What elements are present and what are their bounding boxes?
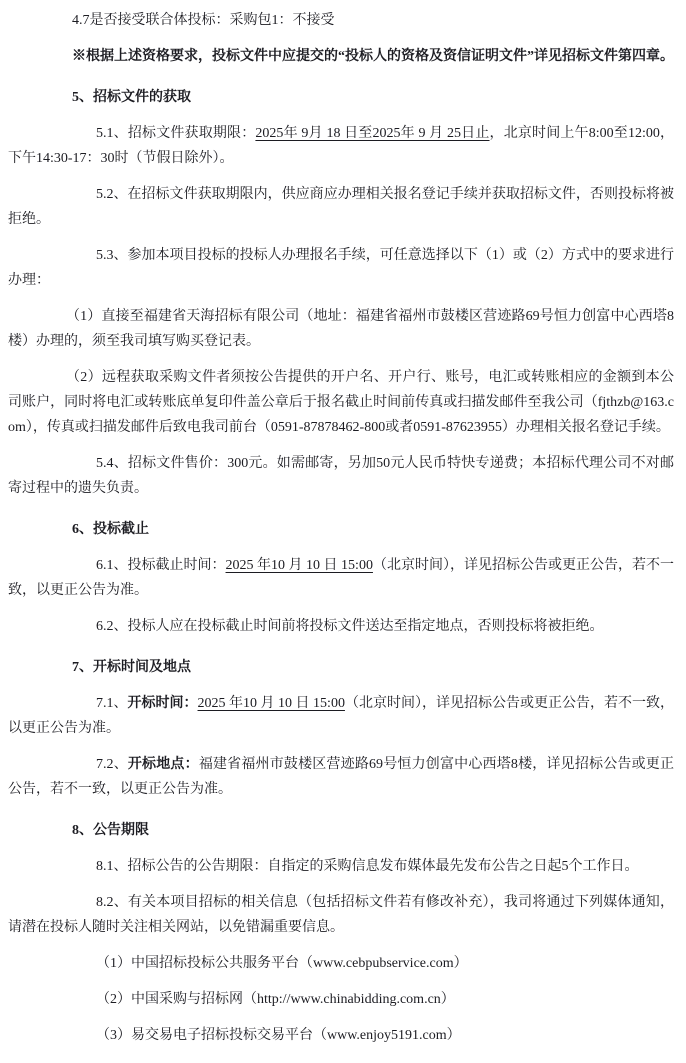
document-page: 4.7是否接受联合体投标：采购包1：不接受 ※根据上述资格要求，投标文件中应提交… — [0, 0, 686, 1063]
para-5-3-method-2: （2）远程获取采购文件者须按公告提供的开户名、开户行、账号，电汇或转账相应的金额… — [8, 365, 674, 440]
para-5-3-signup-methods: 5.3、参加本项目投标的投标人办理报名手续，可任意选择以下（1）或（2）方式中的… — [8, 243, 674, 293]
underlined-deadline-date: 2025 年10 月 10 日 15:00 — [226, 558, 373, 573]
para-5-1-obtain-period: 5.1、招标文件获取期限：2025年 9月 18 日至2025年 9 月 25日… — [8, 121, 674, 171]
bold-label-opening-place: 开标地点： — [128, 757, 199, 772]
text-run: 5.4、招标文件售价：300元。如需邮寄，另加50元人民币特快专递费；本招标代理… — [8, 456, 674, 496]
heading-6-bid-deadline: 6、投标截止 — [8, 517, 674, 542]
text-run: 6.1、投标截止时间： — [96, 558, 226, 573]
bold-label-opening-time: 开标时间： — [128, 696, 198, 711]
heading-text: 7、开标时间及地点 — [72, 660, 191, 675]
text-run: 5.1、招标文件获取期限： — [96, 126, 255, 141]
text-run: 7.1、 — [96, 696, 128, 711]
heading-8-announcement-period: 8、公告期限 — [8, 818, 674, 843]
heading-text: 8、公告期限 — [72, 823, 149, 838]
text-run: 5.3、参加本项目投标的投标人办理报名手续，可任意选择以下（1）或（2）方式中的… — [8, 248, 674, 288]
text-run: 8.2、有关本项目招标的相关信息（包括招标文件若有修改补充），我司将通过下列媒体… — [8, 895, 674, 935]
para-4-7-consortium: 4.7是否接受联合体投标：采购包1：不接受 — [8, 8, 674, 33]
para-5-2-registration: 5.2、在招标文件获取期限内，供应商应办理相关报名登记手续并获取招标文件，否则投… — [8, 182, 674, 232]
text-run: （2）远程获取采购文件者须按公告提供的开户名、开户行、账号，电汇或转账相应的金额… — [8, 370, 674, 435]
text-run: （1）直接至福建省天海招标有限公司（地址：福建省福州市鼓楼区营迹路69号恒力创富… — [8, 309, 674, 349]
para-8-2-media-notice: 8.2、有关本项目招标的相关信息（包括招标文件若有修改补充），我司将通过下列媒体… — [8, 890, 674, 940]
para-7-2-opening-place: 7.2、开标地点：福建省福州市鼓楼区营迹路69号恒力创富中心西塔8楼，详见招标公… — [8, 752, 674, 802]
para-6-1-deadline-time: 6.1、投标截止时间：2025 年10 月 10 日 15:00（北京时间），详… — [8, 553, 674, 603]
text-run: 4.7是否接受联合体投标：采购包1：不接受 — [72, 13, 335, 28]
media-item-3: （3）易交易电子招标投标交易平台（www.enjoy5191.com） — [8, 1023, 674, 1048]
heading-text: 5、招标文件的获取 — [72, 90, 191, 105]
note-qualification: ※根据上述资格要求，投标文件中应提交的“投标人的资格及资信证明文件”详见招标文件… — [8, 44, 674, 69]
media-item-2: （2）中国采购与招标网（http://www.chinabidding.com.… — [8, 987, 674, 1012]
text-run: （2）中国采购与招标网（http://www.chinabidding.com.… — [96, 992, 455, 1007]
text-run: （1）中国招标投标公共服务平台（www.cebpubservice.com） — [96, 956, 468, 971]
para-5-4-document-price: 5.4、招标文件售价：300元。如需邮寄，另加50元人民币特快专递费；本招标代理… — [8, 451, 674, 501]
text-run: ※根据上述资格要求，投标文件中应提交的“投标人的资格及资信证明文件”详见招标文件… — [72, 49, 674, 64]
heading-text: 6、投标截止 — [72, 522, 149, 537]
text-run: 7.2、 — [96, 757, 128, 772]
underlined-opening-date: 2025 年10 月 10 日 15:00 — [198, 696, 345, 711]
heading-5-document-obtain: 5、招标文件的获取 — [8, 85, 674, 110]
para-6-2-delivery: 6.2、投标人应在投标截止时间前将投标文件送达至指定地点，否则投标将被拒绝。 — [8, 614, 674, 639]
para-7-1-opening-time: 7.1、开标时间：2025 年10 月 10 日 15:00（北京时间），详见招… — [8, 691, 674, 741]
text-run: （3）易交易电子招标投标交易平台（www.enjoy5191.com） — [96, 1028, 461, 1043]
text-run: 6.2、投标人应在投标截止时间前将投标文件送达至指定地点，否则投标将被拒绝。 — [96, 619, 604, 634]
underlined-date-range: 2025年 9月 18 日至2025年 9 月 25日止 — [255, 126, 489, 141]
para-5-3-method-1: （1）直接至福建省天海招标有限公司（地址：福建省福州市鼓楼区营迹路69号恒力创富… — [8, 304, 674, 354]
heading-7-opening-time-place: 7、开标时间及地点 — [8, 655, 674, 680]
text-run: 5.2、在招标文件获取期限内，供应商应办理相关报名登记手续并获取招标文件，否则投… — [8, 187, 674, 227]
media-item-1: （1）中国招标投标公共服务平台（www.cebpubservice.com） — [8, 951, 674, 976]
text-run: 8.1、招标公告的公告期限：自指定的采购信息发布媒体最先发布公告之日起5个工作日… — [96, 859, 639, 874]
para-8-1-announcement-period: 8.1、招标公告的公告期限：自指定的采购信息发布媒体最先发布公告之日起5个工作日… — [8, 854, 674, 879]
